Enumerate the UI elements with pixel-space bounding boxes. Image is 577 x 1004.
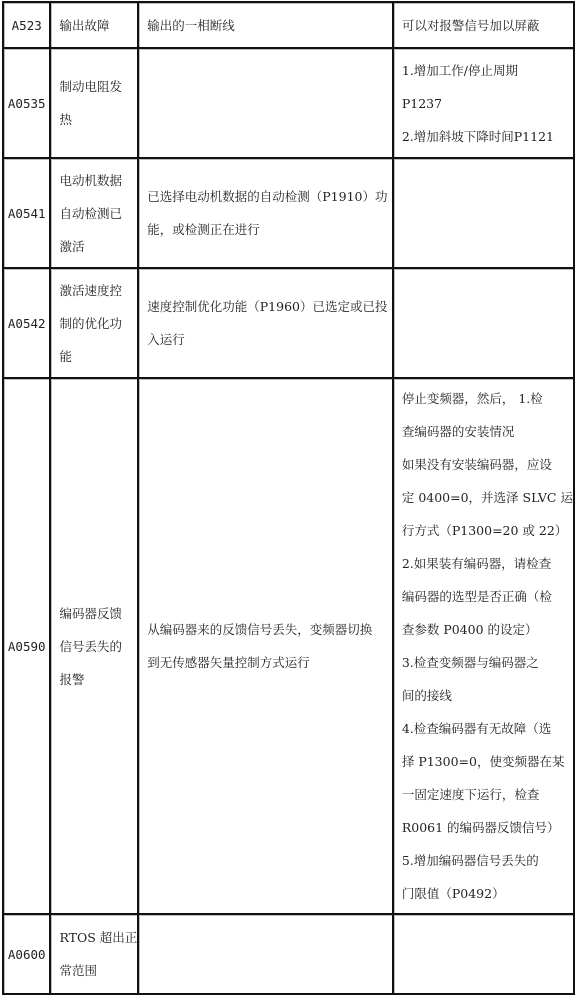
alarm-cause-line: 速度控制优化功能（P1960）已选定或已投 (147, 290, 392, 323)
alarm-name-cell: 编码器反馈信号丢失的报警 (51, 379, 139, 915)
alarm-remedy-line: 如果没有安装编码器，应设 (402, 448, 573, 481)
alarm-cause-cell (139, 915, 394, 993)
alarm-code-cell: A0541 (4, 159, 51, 269)
alarm-remedy-line: 定 0400=0，并选泽 SLVC 运 (402, 481, 573, 514)
table-row: A523输出故障输出的一相断线可以对报警信号加以屏蔽 (4, 3, 573, 49)
alarm-name-cell: 制动电阻发热 (51, 49, 139, 159)
alarm-remedy-cell (394, 915, 573, 993)
alarm-code: A0590 (8, 639, 46, 654)
alarm-remedy-line: R0061 的编码器反馈信号） (402, 811, 573, 844)
alarm-remedy-line: 停止变频器，然后， 1.检 (402, 382, 573, 415)
alarm-remedy-line: 一固定速度下运行，检查 (402, 778, 573, 811)
alarm-name-line: 激活 (59, 230, 137, 263)
alarm-cause-line: 到无传感器矢量控制方式运行 (147, 646, 392, 679)
alarm-cause-line: 输出的一相断线 (147, 9, 392, 42)
alarm-code: A0535 (8, 96, 46, 111)
alarm-name-line: 输出故障 (59, 9, 137, 42)
alarm-remedy-line: 5.增加编码器信号丢失的 (402, 844, 573, 877)
alarm-remedy-line: 3.检查变频器与编码器之 (402, 646, 573, 679)
alarm-remedy-line: 可以对报警信号加以屏蔽 (402, 9, 573, 42)
alarm-remedy-cell (394, 269, 573, 379)
alarm-remedy-line: 门限值（P0492） (402, 877, 573, 910)
alarm-name-line: 电动机数据 (59, 164, 137, 197)
alarm-name-line: 自动检测已 (59, 197, 137, 230)
alarm-cause-cell: 从编码器来的反馈信号丢失，变频器切换到无传感器矢量控制方式运行 (139, 379, 394, 915)
alarm-remedy-line: 2.增加斜坡下降时间P1121 (402, 120, 573, 153)
alarm-code-table: A523输出故障输出的一相断线可以对报警信号加以屏蔽A0535制动电阻发热1.增… (2, 1, 575, 995)
alarm-code: A0541 (8, 206, 46, 221)
alarm-remedy-line: 1.增加工作/停止周期 (402, 54, 573, 87)
alarm-name-line: 制动电阻发 (59, 70, 137, 103)
alarm-name-line: 热 (59, 103, 137, 136)
alarm-remedy-line: 编码器的选型是否正确（检 (402, 580, 573, 613)
alarm-name-line: 常范围 (59, 954, 137, 987)
alarm-code-cell: A0535 (4, 49, 51, 159)
table-row: A0590编码器反馈信号丢失的报警从编码器来的反馈信号丢失，变频器切换到无传感器… (4, 379, 573, 915)
alarm-cause-cell: 速度控制优化功能（P1960）已选定或已投入运行 (139, 269, 394, 379)
alarm-cause-cell: 已选择电动机数据的自动检测（P1910）功能，或检测正在进行 (139, 159, 394, 269)
alarm-remedy-line: 行方式（P1300=20 或 22） (402, 514, 573, 547)
alarm-code: A0600 (8, 947, 46, 962)
alarm-name-line: 报警 (59, 663, 137, 696)
alarm-code-cell: A523 (4, 3, 51, 49)
alarm-code: A523 (12, 18, 42, 33)
alarm-name-line: 制的优化功 (59, 307, 137, 340)
alarm-code-cell: A0542 (4, 269, 51, 379)
alarm-remedy-line: P1237 (402, 87, 573, 120)
alarm-code: A0542 (8, 316, 46, 331)
alarm-name-line: 激活速度控 (59, 274, 137, 307)
alarm-cause-line: 入运行 (147, 323, 392, 356)
table-row: A0541电动机数据自动检测已激活已选择电动机数据的自动检测（P1910）功能，… (4, 159, 573, 269)
alarm-cause-cell (139, 49, 394, 159)
alarm-name-cell: 电动机数据自动检测已激活 (51, 159, 139, 269)
alarm-remedy-cell: 1.增加工作/停止周期P12372.增加斜坡下降时间P1121 (394, 49, 573, 159)
alarm-name-cell: 激活速度控制的优化功能 (51, 269, 139, 379)
table-row: A0600RTOS 超出正常范围 (4, 915, 573, 993)
alarm-remedy-cell (394, 159, 573, 269)
table-row: A0542激活速度控制的优化功能速度控制优化功能（P1960）已选定或已投入运行 (4, 269, 573, 379)
alarm-remedy-line: 择 P1300=0，使变频器在某 (402, 745, 573, 778)
alarm-name-cell: 输出故障 (51, 3, 139, 49)
alarm-code-cell: A0590 (4, 379, 51, 915)
alarm-remedy-cell: 停止变频器，然后， 1.检查编码器的安装情况如果没有安装编码器，应设定 0400… (394, 379, 573, 915)
alarm-remedy-line: 查编码器的安装情况 (402, 415, 573, 448)
alarm-name-line: RTOS 超出正 (59, 921, 137, 954)
alarm-cause-line: 能，或检测正在进行 (147, 213, 392, 246)
alarm-cause-line: 从编码器来的反馈信号丢失，变频器切换 (147, 613, 392, 646)
alarm-remedy-cell: 可以对报警信号加以屏蔽 (394, 3, 573, 49)
alarm-remedy-line: 间的接线 (402, 679, 573, 712)
alarm-code-cell: A0600 (4, 915, 51, 993)
alarm-name-line: 编码器反馈 (59, 597, 137, 630)
alarm-remedy-line: 2.如果装有编码器，请检查 (402, 547, 573, 580)
table-row: A0535制动电阻发热1.增加工作/停止周期P12372.增加斜坡下降时间P11… (4, 49, 573, 159)
alarm-cause-cell: 输出的一相断线 (139, 3, 394, 49)
alarm-name-line: 能 (59, 340, 137, 373)
alarm-cause-line: 已选择电动机数据的自动检测（P1910）功 (147, 180, 392, 213)
alarm-name-line: 信号丢失的 (59, 630, 137, 663)
table-body: A523输出故障输出的一相断线可以对报警信号加以屏蔽A0535制动电阻发热1.增… (4, 3, 573, 993)
alarm-remedy-line: 查参数 P0400 的设定） (402, 613, 573, 646)
alarm-name-cell: RTOS 超出正常范围 (51, 915, 139, 993)
alarm-remedy-line: 4.检查编码器有无故障（选 (402, 712, 573, 745)
